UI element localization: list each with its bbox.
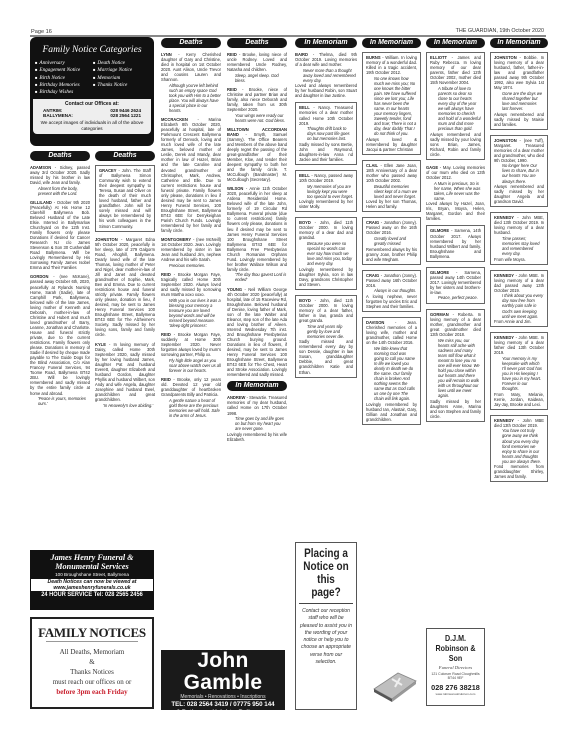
deaths-column-1: DeathsADAMSON - Sidney, passed away 3rd … [30,150,90,542]
notice-verse: 'In Heavenly's love abiding.' [95,403,155,408]
notice-text: - Brooke, only 12 years old. Devoted 12 … [161,377,221,397]
category-item: Marriage Notice [93,67,151,73]
notice-signoff: From Mary, Melanie, Kerrie, Jordan, Kaid… [494,392,544,407]
section-header-deaths: Deaths [30,151,90,161]
notice-verse: Thoughts drift back to days now past lif… [299,126,353,141]
notice-entry: MILLTOWN ACCORDIAN BAND - Smyth, Samuel … [227,127,287,183]
ad-address: 100 Broughshane Street, Ballymena [30,572,154,577]
notice-verse: 'Peace is yours, memories ours.' [30,396,90,406]
notice-entry: BURNS - William. In loving memory of a w… [362,52,421,155]
ad-url[interactable]: www.robinsonsofculcrum.com [427,692,484,696]
notice-text: - Brooke Morgan Faye, suddenly at Home 3… [161,332,221,357]
notice-verse: We little knew that morning God was goin… [366,346,417,402]
notice-verse: We miss you, our hearts still ache with … [430,338,481,399]
notice-entry: BOYD - John, died 11th October 2000. In … [295,217,357,290]
notice-text: - (nee McKane), passed away October 6th,… [30,274,90,395]
images-note: We accept images of individuals in all o… [37,120,147,132]
notice-entry: CRAIG - Jonathon (Jonny). Passed away on… [362,217,421,264]
ad-title: John Gamble [161,650,285,694]
bible-icon [372,667,418,703]
notice-entry: WILSON - Annie 11th October 2020, peacef… [227,186,287,282]
notice-entry: JOHNSTON - Margaret Edna 5th October 202… [95,237,155,338]
ad-line: All Deaths, Memoriam [32,647,152,657]
category-item: Birthday Wishes [35,89,93,95]
notice-verse: Fly high little angel as you soar above … [161,358,221,373]
ad-line: Thanks Notices [32,667,152,677]
notice-entry: BOYD - John, died 11th October 2000. In … [295,295,357,378]
notice-entry: KENNEDY - John MBE, died 13th October 20… [490,212,548,264]
notice-verse: You have not truly gone away we think ab… [494,428,544,463]
divider [299,603,353,604]
contact-title: Contact our Offices at: [37,101,147,107]
notice-entry: BAIRD - Thelma, died 9th October 2019. L… [295,52,357,98]
notice-entry: BELL - Nancy, passed away 10th October 2… [295,170,357,212]
ad-notice: Death Notices can now be viewed atwww.ja… [31,579,153,592]
paper-dateline: THE GUARDIAN, 19th October 2020 [456,28,544,34]
memoriam-column-7: In MemoriamELLIOTT - James and Ruby Rebe… [426,37,485,627]
notice-entry: GILMORE - Sarnena, 14th October 2017. Al… [426,225,485,261]
notice-verse: Always in our thoughts. [366,288,417,293]
ad-line: & [32,657,152,667]
notice-verse: A Mum is precious, So is her name, When … [426,181,485,201]
notice-signoff: Sadly missed and remembered every day by… [299,339,353,374]
notice-text: - Neil William George 4th October 2020 (… [227,287,287,378]
djm-robinson-ad: D.J.M. Robinson & Son Funeral Directors … [426,628,485,706]
ad-notice-text: Death Notices can now be viewed at [31,579,153,585]
notice-text: - Brooke Morgan Faye, tragically called … [161,272,221,297]
ad-address: 8 Rathmore Heights, Ballymena [161,709,285,717]
section-header-deaths: Deaths [161,38,221,48]
categories-box: Family Notice Categories Anniversary Dea… [30,37,154,146]
notice-verse: Your wings were ready our hearts were no… [227,113,287,123]
notice-verse: Absent from the body, present with the L… [30,186,90,196]
notice-entry: ELLIOTT - James and Ruby Rebecca. In lov… [426,52,485,160]
deaths-column-4: DeathsREID - Brooke, loving niece of unc… [227,37,287,647]
notice-text: - John. The Staff of Ballymena Simon Com… [99,168,151,229]
notice-text: - Marina Elizabeth 8th October 2020, pea… [161,117,221,233]
notice-verse: Your memory is my keepsake with which I'… [494,356,544,391]
notice-text: - October 9th 2020 (Peacefully) At His H… [30,200,90,271]
notice-entry: CRAIG - Jonathon (Jonny). Passed away 16… [362,270,421,312]
notice-verse: A gentle nature a heart of gold these ar… [161,398,221,418]
notice-entry: JOHNSTON - (nee Tuff), Margaret. Treasur… [490,135,548,208]
deaths-column-2: DeathsGRACEY - John. The Staff of Ballym… [95,150,155,542]
notice-entry: GAGE - May. Loving memories of our mum w… [426,165,485,222]
contact-panel: Contact our Offices at: ANTRIM:028 9446 … [33,99,151,134]
notice-signoff: From wife Moyra. [494,257,544,262]
notice-text: - Annie 11th October 2020, peacefully in… [227,186,287,272]
notice-text: - Smyth, Samuel (Sammy). The Office Bear… [227,132,287,182]
section-header-memoriam: In Memoriam [426,38,485,48]
memoriam-column-6: In MemoriamBURNS - William. In loving me… [362,37,421,667]
notice-entry: GILMORE - Sarnena, passed away 14th Octo… [426,267,485,304]
ad-title: FAMILY NOTICES [32,625,152,641]
notice-verse: With you in our lives it was a blessing … [161,298,221,328]
notice-verse: I think about you every day now free fro… [494,293,544,318]
ad-address: 121 Culcrum Road Cloughmills BT44 9EF [427,672,484,681]
notice-entry: LYNN - Kerry Cherished daughter of Gary … [161,52,221,113]
ad-title: D.J.M. Robinson & Son [431,633,479,663]
notice-verse: No longer here Our lives to share, But i… [494,163,544,183]
notice-entry: GORDON - (nee McKane), passed away Octob… [30,274,90,406]
section-header-memoriam: In Memoriam [362,38,421,48]
notice-entry: KENNEDY - John MBE. In loving memory of … [490,270,548,327]
notice-signoff: Always loved & remembered by daughter Ja… [366,137,417,152]
notice-signoff: Loved always by Hazel, Joan, Iris, Bryan… [426,201,485,221]
ad-body: Contact our reception staff who will be … [299,608,353,666]
section-header-memoriam: In Memoriam [227,381,287,391]
notice-verse: Time goes by and life goes on but from m… [227,416,287,431]
ad-title: Placing a Notice on this page? [303,547,349,599]
notice-text: - Sarnena, 14th October 2017. Always rem… [430,228,481,258]
notice-signoff: A loving nephew, never forgotten by uncl… [366,294,417,309]
ad-line: must reach our offices on or [32,677,152,687]
notice-signoff: Lovingly remembered by husband Ian, Alas… [366,402,417,422]
notice-signoff: Sadly missed by sons Bertie, John and Ra… [299,142,353,162]
notice-verse: No one knows how much we miss you; No on… [366,76,417,137]
notice-text: - Brooke, loving niece of uncle Rodney. … [227,52,287,72]
notice-entry: REID - Brooke, niece of Christine and pa… [227,87,287,123]
placing-notice-ad: Placing a Notice on this page? Contact o… [295,542,357,710]
ad-phone: 028 276 38218 [427,683,484,692]
notice-entry: MCCRACKEN - Marina Elizabeth 8th October… [161,117,221,233]
ad-phone: TEL: 028 2564 3419 / 07775 950 144 [161,700,285,709]
notice-entry: DAVISON - Jean. Cherished memories of a … [362,317,421,425]
notice-entry: GILLILAND - October 9th 2020 (Peacefully… [30,200,90,271]
category-item: Death Notice [93,60,151,66]
notice-verse: Gone are the days we shared together but… [494,91,544,111]
notice-entry: REID - Brooke Morgan Faye, tragically ca… [161,272,221,328]
notice-entry: BELL - Nancy. Treasured memories of a de… [295,102,357,165]
notice-text: - Kerry Cherished daughter of Gary and C… [161,52,221,82]
notice-verse: Time and years slip gently by love and m… [299,324,353,339]
notice-entry: REID - Brooke, only 12 years old. Devote… [161,377,221,418]
section-header-deaths: Deaths [227,38,287,48]
notice-entry: REID - Brooke, loving niece of uncle Rod… [227,52,287,83]
category-item: Birthday Memories [35,82,93,88]
notice-entry: REID - Brooke Morgan Faye, suddenly at H… [161,332,221,373]
section-header-memoriam: In Memoriam [295,38,357,48]
category-item: Memoriam [93,75,151,81]
categories-title: Family Notice Categories [33,44,151,55]
notice-verse: Although you've left behind such an empt… [161,83,221,113]
family-notices-ad: FAMILY NOTICES All Deaths, Memoriam & Th… [30,617,154,709]
notice-signoff: Lovingly remembered by daughter Sylvia, … [299,267,353,287]
office-phone: 028 2564 1221 [110,113,141,118]
category-item: Birth Notice [35,75,93,81]
notice-entry: KENNEDY - John MBE. In loving memory of … [490,332,548,410]
category-item: Anniversary [35,60,93,66]
section-header-memoriam: In Memoriam [490,38,548,48]
john-gamble-ad: John Gamble Memorials • Renovations • In… [161,650,285,710]
office-name: BALLYMENA: [43,113,73,118]
section-header-deaths: Deaths [95,151,155,161]
notice-entry: GRACEY - John. The Staff of Ballymena Si… [95,165,155,232]
ad-deadline: before 3pm each Friday [32,687,152,697]
notice-entry: KYLE - In loving memory of Daisy, called… [95,342,155,408]
notice-text: - Brooke, niece of Christine and partner… [227,87,287,112]
notice-entry: CLAIL - Ellen Jane Joan, 18th Anniversar… [362,160,421,212]
notice-text: - James and Ruby Rebecca. In loving memo… [430,55,481,85]
notice-verse: 'The day thou gavest Lord is ended' [227,272,287,282]
notice-signoff: Always remembered and sadly missed by yo… [430,132,481,157]
notice-signoff: Always remembered and sadly missed by he… [494,184,544,204]
notice-signoff: From Annie and Jim. [494,319,544,324]
notice-verse: Precious memories. [161,263,221,268]
memoriam-column-8: In MemoriamJOHNSTON - Bobbie. In loving … [490,37,548,709]
james-henry-ad: James Henry Funeral & Monumental Service… [30,550,154,610]
notice-text: - Margaret Edna 5th October 2020, peacef… [95,237,155,338]
notice-verse: Greatly loved and greatly missed. [366,236,417,246]
notice-verse: Peace, perfect peace. [430,295,481,300]
office-row: BALLYMENA:028 2564 1221 [37,113,147,118]
notice-verse: Because you were so special no words can… [299,241,353,266]
notice-text: - Bobbie. In loving memory of a dear hus… [494,55,544,90]
memoriam-column-5: In MemoriamBAIRD - Thelma, died 9th Octo… [295,37,357,540]
notice-entry: JOHNSTON - Bobbie. In loving memory of a… [490,52,548,130]
notice-signoff: Remembered always by his granny Joan, br… [366,247,417,262]
notice-signoff: Loved by her son Thomas, Helen and famil… [366,199,417,209]
category-item: Thanks Notice [93,82,151,88]
notice-entry: MONTGOMERY - (nee McNeill) 1st October 2… [161,237,221,268]
notice-entry: GORMAN - Roberta. In loving memory of a … [426,309,485,422]
notice-text: - In loving memory of Daisy, called Home… [95,342,155,403]
deaths-column-3: DeathsLYNN - Kerry Cherished daughter of… [161,37,221,647]
notice-signoff: Fond memories from granddaughter Shirley… [494,464,544,479]
ad-phone: 24 HOUR SERVICE Tel: 028 2565 2456 [36,591,148,599]
notice-verse: My memories of you are lovingly kept you… [299,184,353,199]
notice-signoff: Loved and always remembered by her husba… [295,83,357,98]
notice-entry: ADAMSON - Sidney, passed away 3rd Octobe… [30,165,90,196]
ad-title: James Henry Funeral & Monumental Service… [30,550,154,571]
notice-verse: Time passes; memories stay loved and rem… [494,236,544,256]
notice-verse: Sleep, angel sleep. God bless. [227,73,287,83]
categories-list: Anniversary Death Notice Engagement Noti… [33,60,151,95]
notice-verse: A tribute of love to parents so dear so … [430,86,481,131]
ad-sub: Funeral Directors [427,665,484,670]
notice-entry: KENNEDY - John MBE died 13th October 201… [490,415,548,483]
notice-signoff: Always remembered and sadly missed by Ma… [494,112,544,127]
notice-entry: ANDREW - Stewartie. Treasured memories o… [227,395,287,441]
notice-signoff: Lovingly remembered by his wife Elizabet… [227,432,287,442]
notice-verse: Never more than a thought away loved and… [295,68,357,83]
notice-verse: Beautiful memories silent kept of a mum … [366,184,417,199]
notice-entry: YOUNG - Neil William George 4th October … [227,287,287,378]
notice-signoff: Sadly missed by her daughters Anne, Mari… [430,399,481,419]
notice-signoff: Lovingly remembered by her sister Molly. [299,199,353,209]
category-item: Engagement Notice [35,67,93,73]
